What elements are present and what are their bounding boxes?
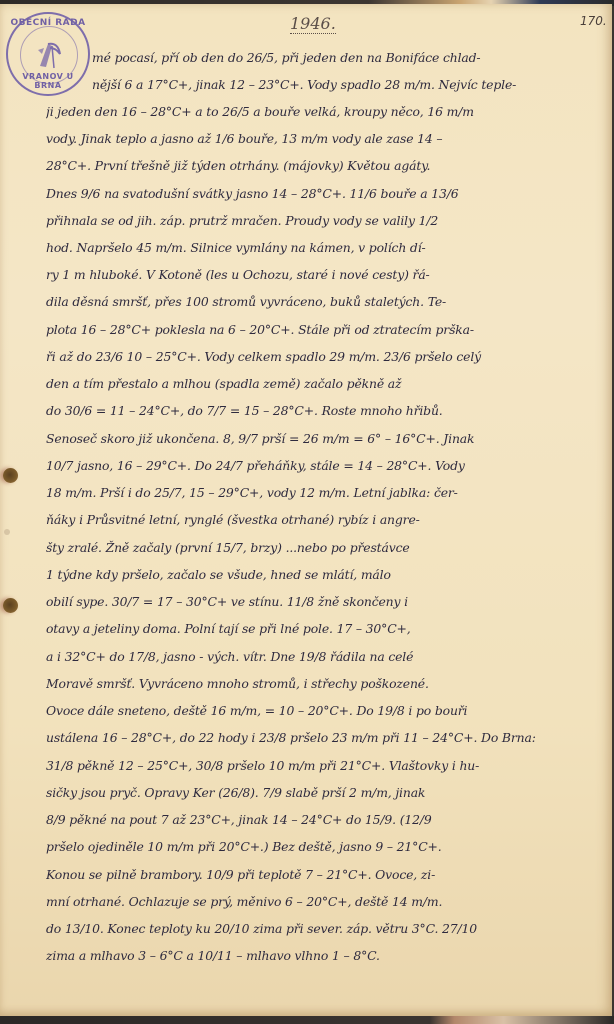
text-line: Ovoce dále sneteno, deště 16 m/m, = 10 –…: [46, 703, 594, 718]
text-line: 1 týdne kdy pršelo, začalo se všude, hne…: [46, 567, 594, 582]
text-line: otavy a jeteliny doma. Polní tají se při…: [46, 621, 594, 636]
text-line: šty zralé. Žně začaly (první 15/7, brzy)…: [46, 540, 594, 555]
text-line: plota 16 – 28°C+ poklesla na 6 – 20°C+. …: [46, 322, 594, 337]
stamp-top-text: OBECNÍ RADA: [8, 18, 88, 28]
chronicle-page: OBECNÍ RADA VRANOV U BRNA 1946. 170. mé …: [0, 4, 612, 1016]
scan-bottom-edge: [0, 1016, 614, 1024]
text-line: ři až do 23/6 10 – 25°C+. Vody celkem sp…: [46, 349, 594, 364]
text-line: mní otrhané. Ochlazuje se prý, měnivo 6 …: [46, 894, 594, 909]
text-line: 10/7 jasno, 16 – 29°C+. Do 24/7 přeháňky…: [46, 458, 594, 473]
text-line: mé pocasí, pří ob den do 26/5, při jeden…: [92, 50, 592, 65]
text-line: dila děsná smršť, přes 100 stromů vyvrác…: [46, 294, 594, 309]
text-line: do 13/10. Konec teploty ku 20/10 zima př…: [46, 921, 594, 936]
text-line: zima a mlhavo 3 – 6°C a 10/11 – mlhavo v…: [46, 948, 594, 963]
text-line: hod. Napršelo 45 m/m. Silnice vymlány na…: [46, 240, 594, 255]
text-line: 28°C+. První třešně již týden otrhány. (…: [46, 158, 594, 173]
stamp-bottom-text: VRANOV U BRNA: [8, 72, 88, 90]
text-line: 18 m/m. Prší i do 25/7, 15 – 29°C+, vody…: [46, 485, 594, 500]
text-line: přihnala se od jih. záp. prutrž mračen. …: [46, 213, 594, 228]
text-line: Konou se pilně brambory. 10/9 při teplot…: [46, 867, 594, 882]
text-line: ji jeden den 16 – 28°C+ a to 26/5 a bouř…: [46, 104, 594, 119]
text-line: a i 32°C+ do 17/8, jasno - vých. vítr. D…: [46, 649, 594, 664]
paper-speck: [4, 529, 10, 535]
binder-punch-hole: [3, 598, 18, 613]
text-line: 31/8 pěkně 12 – 25°C+, 30/8 pršelo 10 m/…: [46, 758, 594, 773]
text-line: Moravě smršť. Vyvráceno mnoho stromů, i …: [46, 676, 594, 691]
text-line: Dnes 9/6 na svatodušní svátky jasno 14 –…: [46, 186, 594, 201]
year-heading: 1946.: [290, 14, 336, 34]
text-line: vody. Jinak teplo a jasno až 1/6 bouře, …: [46, 131, 594, 146]
text-line: ňáky i Průsvitné letní, rynglé (švestka …: [46, 512, 594, 527]
municipal-stamp: OBECNÍ RADA VRANOV U BRNA: [6, 12, 90, 96]
text-line: nější 6 a 17°C+, jinak 12 – 23°C+. Vody …: [92, 77, 592, 92]
text-line: do 30/6 = 11 – 24°C+, do 7/7 = 15 – 28°C…: [46, 403, 594, 418]
page-number: 170.: [580, 14, 607, 28]
text-line: ry 1 m hluboké. V Kotoně (les u Ochozu, …: [46, 267, 594, 282]
text-line: sičky jsou pryč. Opravy Ker (26/8). 7/9 …: [46, 785, 594, 800]
scythe-sheaf-icon: [34, 36, 64, 72]
text-line: den a tím přestalo a mlhou (spadla země)…: [46, 376, 594, 391]
text-line: ustálena 16 – 28°C+, do 22 hody i 23/8 p…: [46, 730, 594, 745]
text-line: 8/9 pěkné na pout 7 až 23°C+, jinak 14 –…: [46, 812, 594, 827]
text-line: obilí sype. 30/7 = 17 – 30°C+ ve stínu. …: [46, 594, 594, 609]
binder-punch-hole: [3, 468, 18, 483]
text-line: pršelo ojediněle 10 m/m při 20°C+.) Bez …: [46, 839, 594, 854]
text-line: Senoseč skoro již ukončena. 8, 9/7 prší …: [46, 431, 594, 446]
